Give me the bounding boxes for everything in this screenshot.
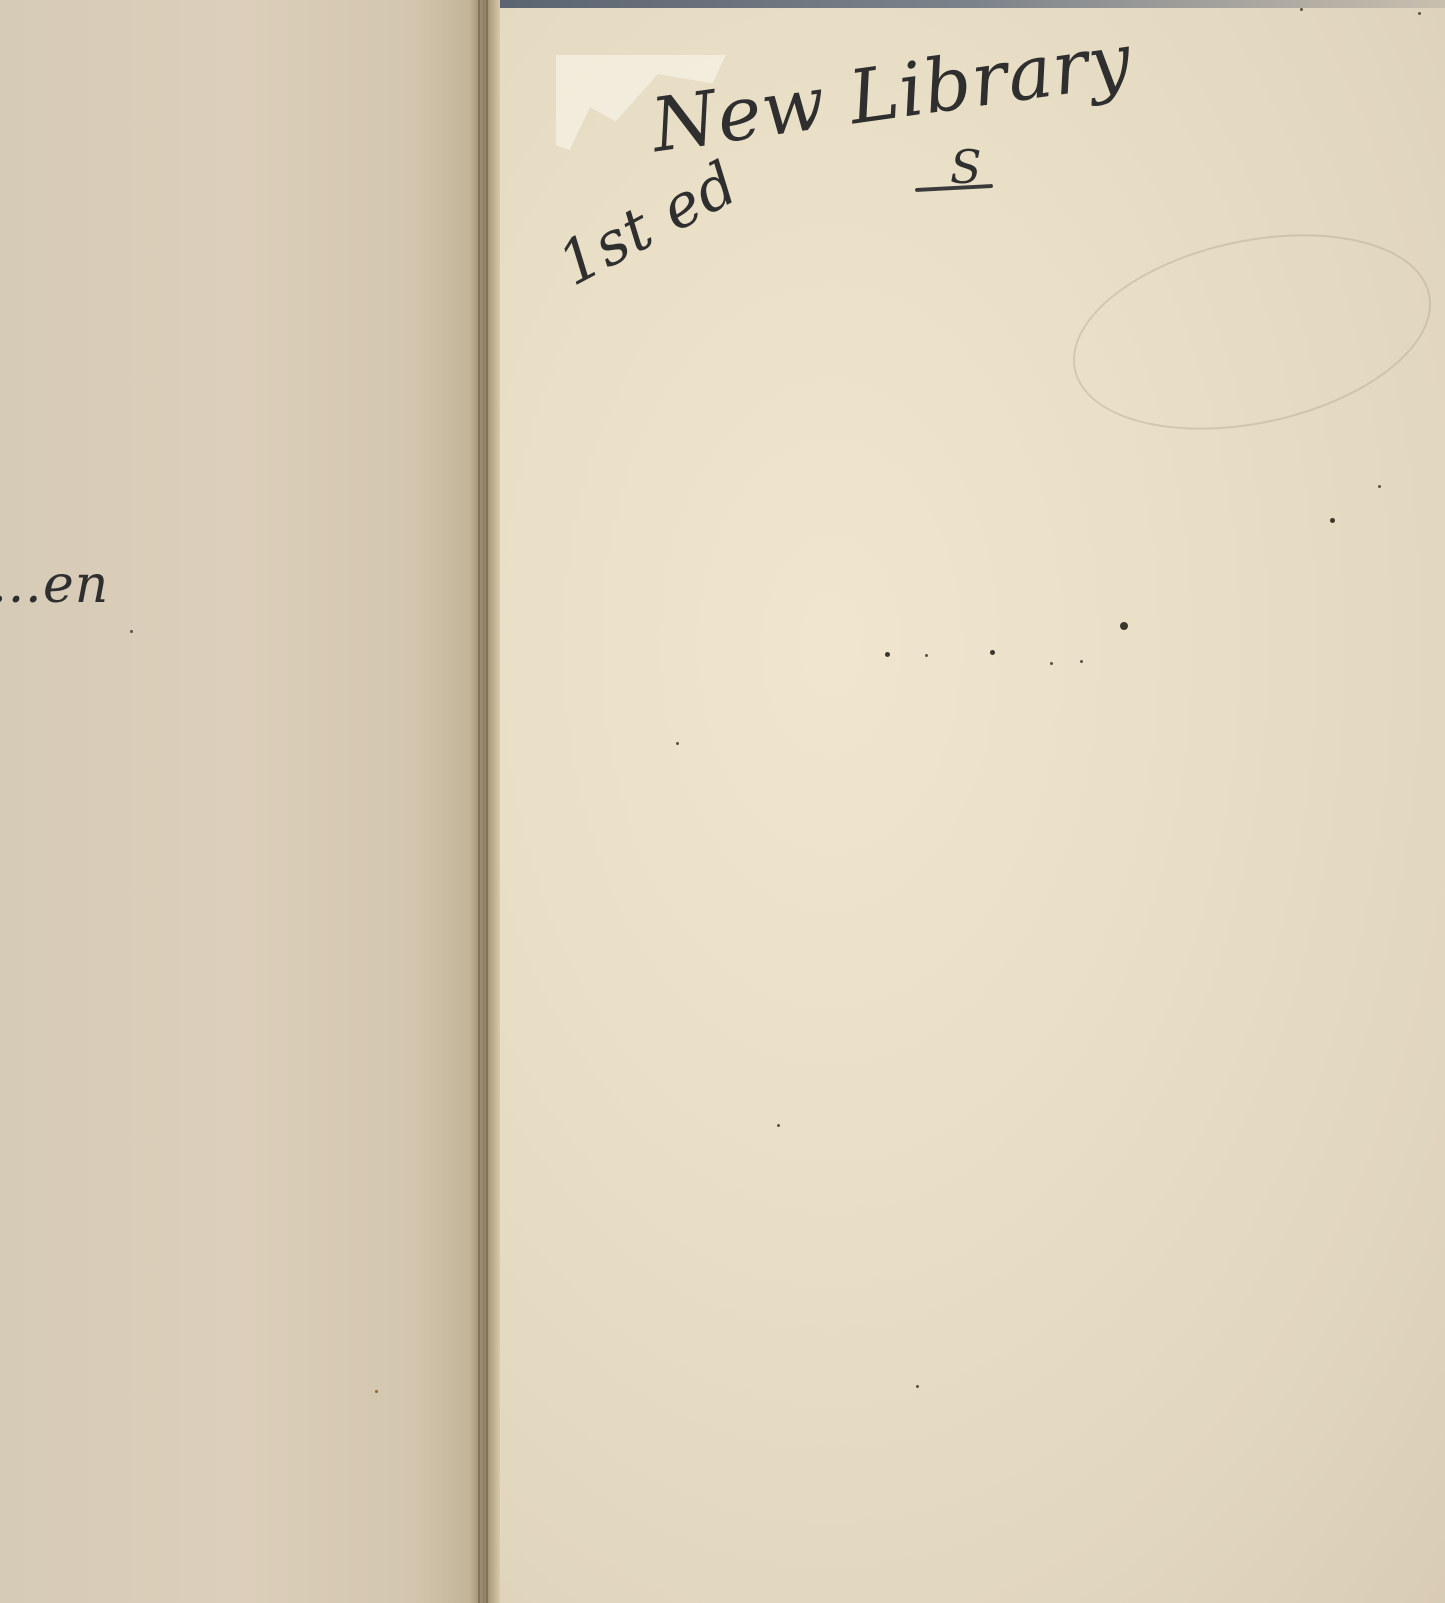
- book-gutter: [468, 0, 500, 1603]
- speck: [1330, 518, 1335, 523]
- speck: [990, 650, 995, 655]
- speck: [1418, 12, 1421, 15]
- speck: [1080, 660, 1083, 663]
- speck: [676, 742, 679, 745]
- speck: [777, 1124, 780, 1127]
- speck: [1378, 485, 1381, 488]
- speck: [916, 1385, 919, 1388]
- background-strip: [494, 0, 1445, 8]
- left-endpaper: …en: [0, 0, 470, 1603]
- book-photo: …en New Library S 1st ed: [0, 0, 1445, 1603]
- gutter-line: [486, 0, 488, 1603]
- speck: [1120, 622, 1128, 630]
- speck: [375, 1390, 378, 1393]
- left-page-inscription: …en: [0, 555, 109, 615]
- speck: [1300, 8, 1303, 11]
- ink-smudges: [880, 640, 1150, 680]
- speck: [925, 654, 928, 657]
- speck: [1050, 662, 1053, 665]
- speck: [130, 630, 133, 633]
- gutter-line: [478, 0, 480, 1603]
- speck: [885, 652, 890, 657]
